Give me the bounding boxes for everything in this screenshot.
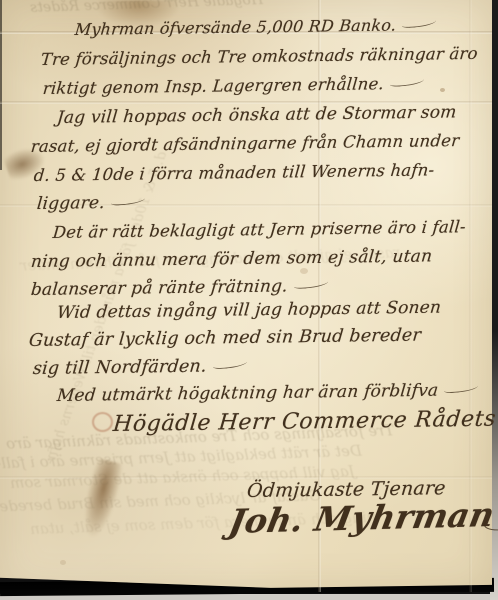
letter-signature: Joh. Myhrman (226, 494, 498, 541)
letter-line: liggare. (36, 192, 146, 214)
paper-left-edge-shadow (0, 0, 2, 170)
letter-line: balanserar på ränte frätning. (30, 276, 329, 300)
letter-line: sig till Nordfärden. (32, 356, 248, 379)
scanned-letter-page: { "scan": { "background_color": "#101010… (0, 0, 498, 600)
